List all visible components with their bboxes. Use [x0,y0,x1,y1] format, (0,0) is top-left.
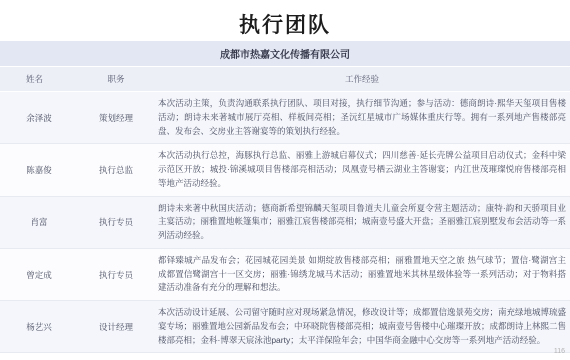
slide: 执行团队 成都市热嘉文化传播有限公司 姓名 职务 工作经验 余泽波 策划经理 本… [0,0,570,360]
page-title: 执行团队 [0,0,570,40]
table-row: 曾定成 执行专员 都铎臻城产品发布会；花园城花园美景 如期绽放售楼部亮相；丽雅置… [0,249,570,301]
experience-cell: 朗诗未来著中秋国庆活动；德商新希望锦麟天玺项目鲁道夫儿童会所夏令营主题活动；康特… [154,197,570,248]
role-cell: 执行专员 [78,197,154,248]
role-cell: 设计经理 [78,301,154,352]
experience-cell: 本次活动执行总控，海豚执行总监、丽雅上游城启幕仪式；四川慈善·延长壳牌公益项目启… [154,144,570,195]
name-cell: 余泽波 [0,92,78,143]
team-table: 成都市热嘉文化传播有限公司 姓名 职务 工作经验 余泽波 策划经理 本次活动主策… [0,41,570,353]
table-row: 杨艺兴 设计经理 本次活动设计延展、公司留守随时应对现场紧急情况，修改设计等；成… [0,301,570,353]
table-row: 肖富 执行专员 朗诗未来著中秋国庆活动；德商新希望锦麟天玺项目鲁道夫儿童会所夏令… [0,197,570,249]
experience-cell: 都铎臻城产品发布会；花园城花园美景 如期绽放售楼部亮相；丽雅置地天空之旅 热气球… [154,249,570,300]
company-header: 成都市热嘉文化传播有限公司 [0,41,570,67]
name-cell: 肖富 [0,197,78,248]
page-number: 116 [554,348,565,355]
table-header-row: 姓名 职务 工作经验 [0,67,570,92]
name-cell: 曾定成 [0,249,78,300]
column-header-experience: 工作经验 [154,67,570,91]
experience-cell: 本次活动主策，负责沟通联系执行团队、项目对接，执行细节沟通；参与活动：德商朗诗·… [154,92,570,143]
role-cell: 执行专员 [78,249,154,300]
table-row: 余泽波 策划经理 本次活动主策，负责沟通联系执行团队、项目对接，执行细节沟通；参… [0,92,570,144]
table-row: 陈嘉俊 执行总监 本次活动执行总控，海豚执行总监、丽雅上游城启幕仪式；四川慈善·… [0,144,570,196]
role-cell: 策划经理 [78,92,154,143]
column-header-role: 职务 [78,67,154,91]
name-cell: 陈嘉俊 [0,144,78,195]
name-cell: 杨艺兴 [0,301,78,352]
experience-cell: 本次活动设计延展、公司留守随时应对现场紧急情况，修改设计等；成都置信逸景苑交房；… [154,301,570,352]
role-cell: 执行总监 [78,144,154,195]
column-header-name: 姓名 [0,67,78,91]
